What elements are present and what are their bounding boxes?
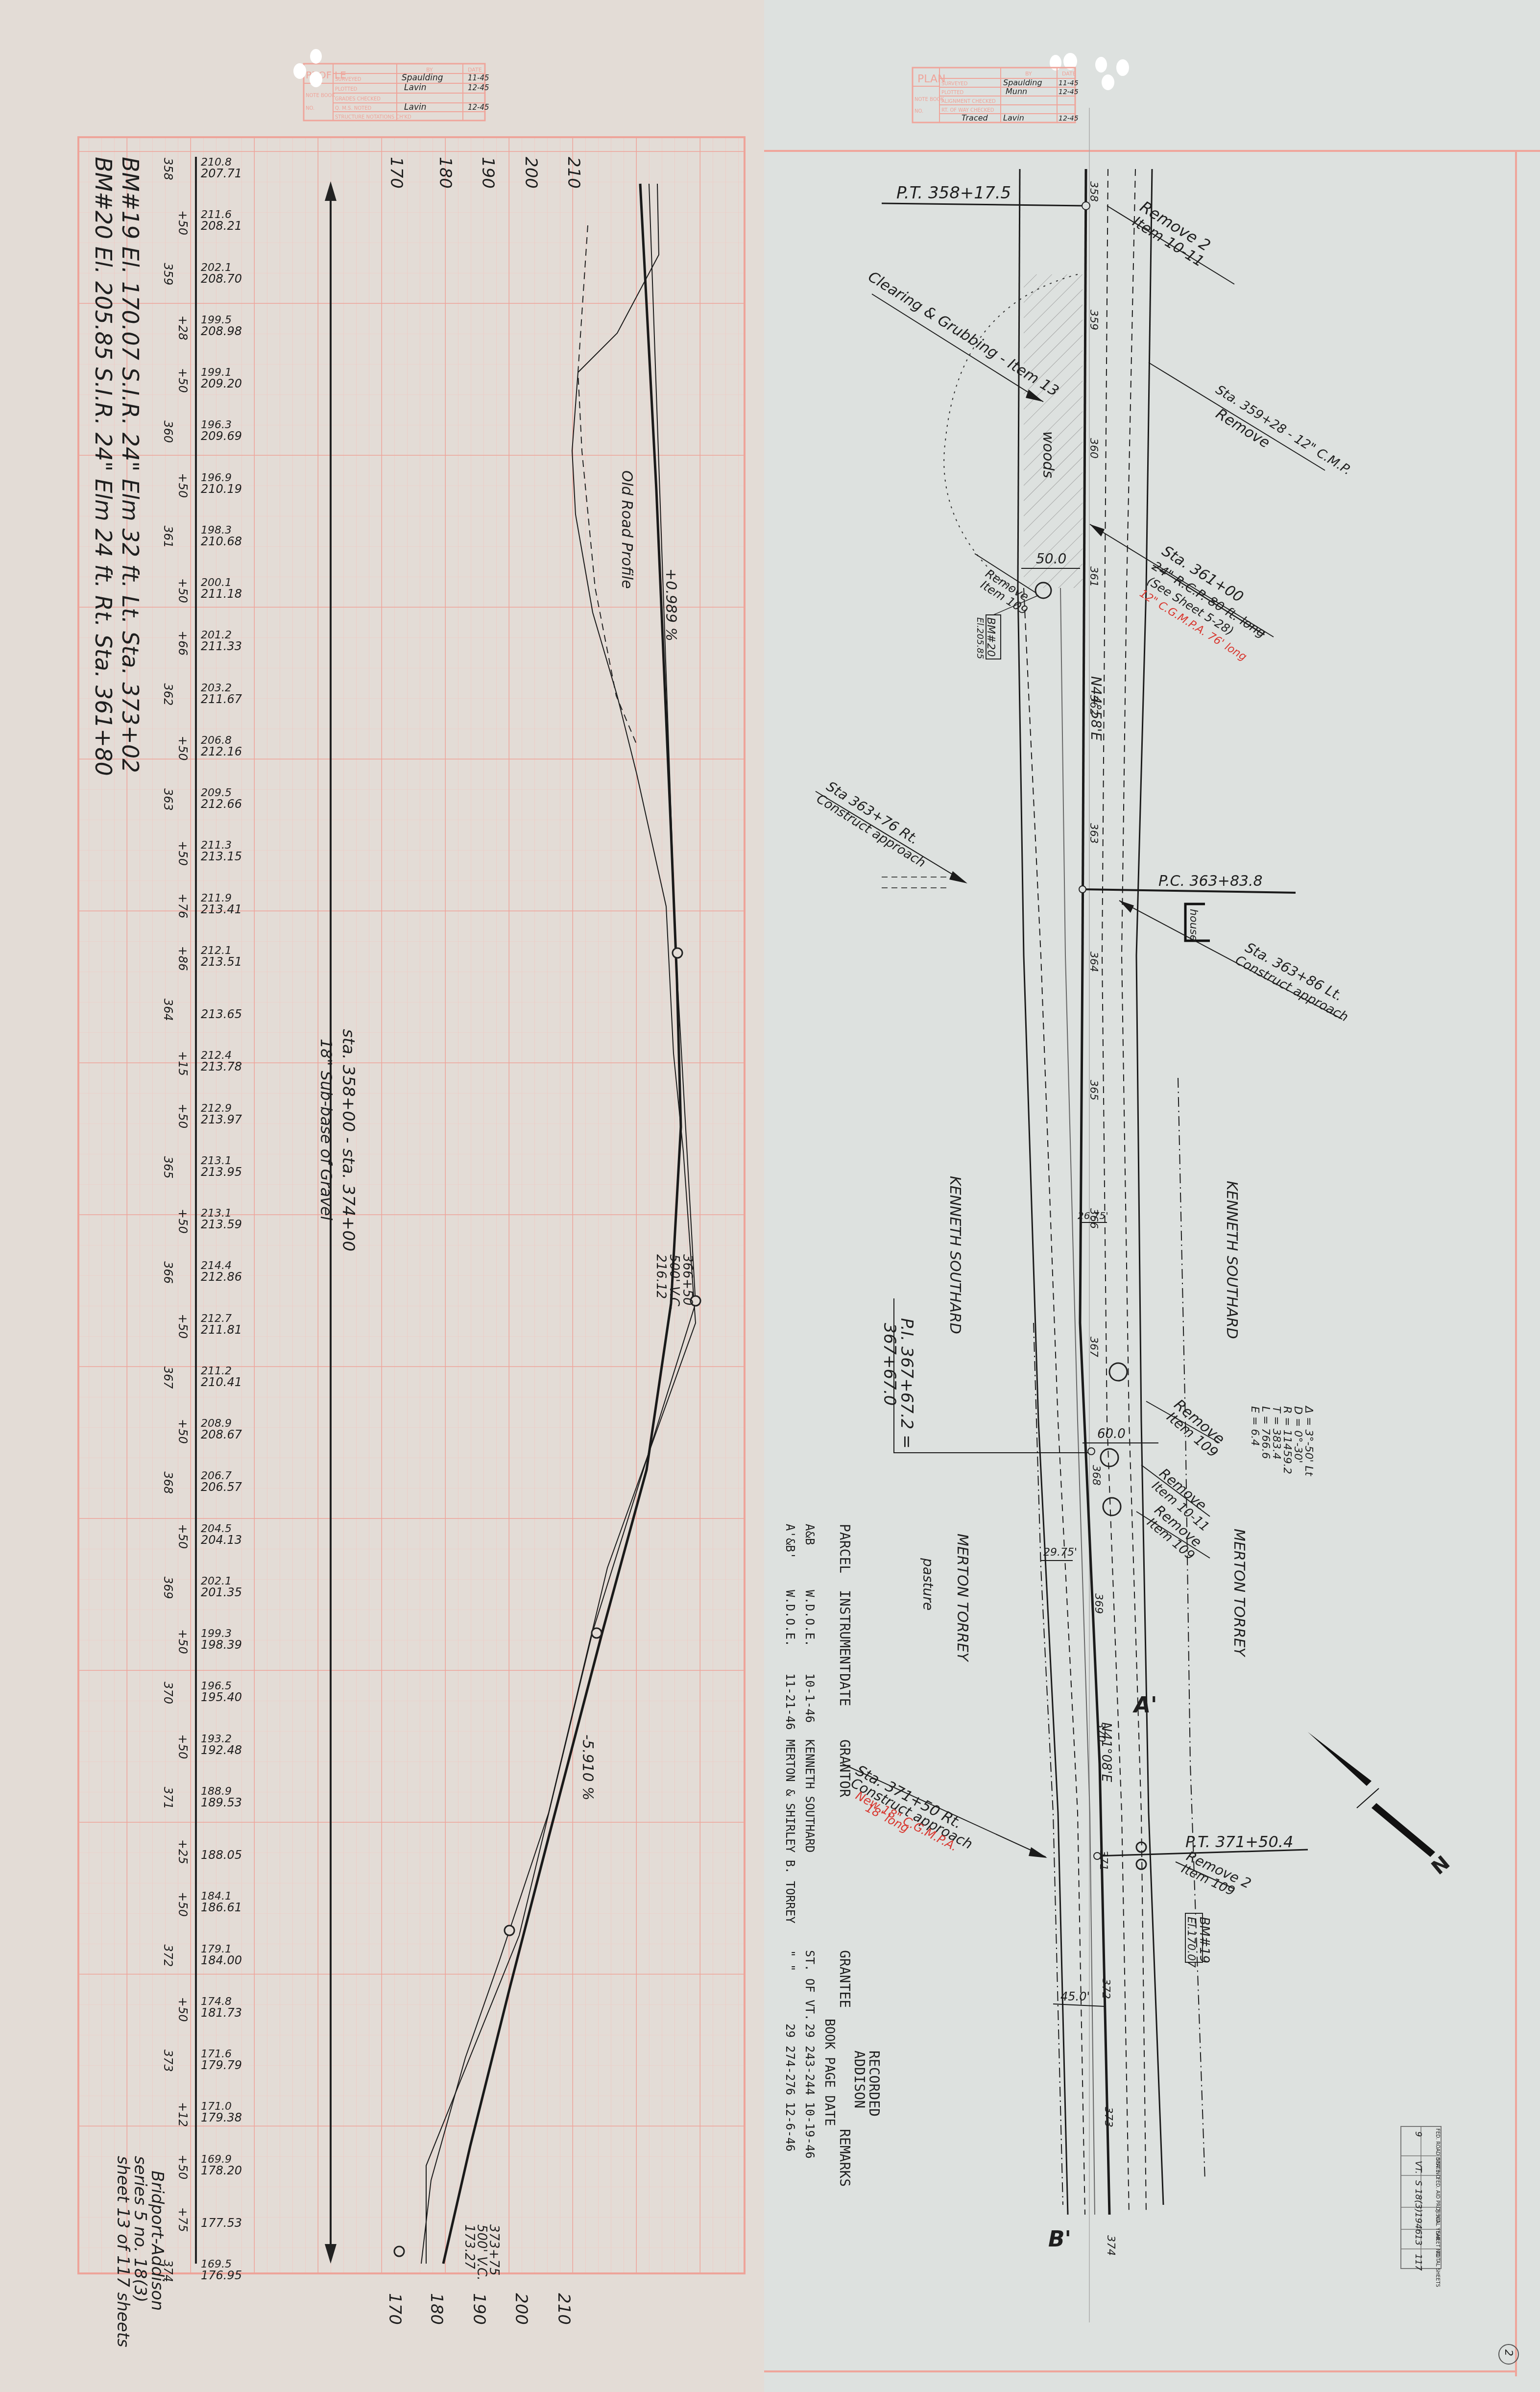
- grade-elev: 211.67: [201, 692, 242, 706]
- grade-elev: 189.53: [201, 1796, 242, 1809]
- plotted-date: 12-45: [468, 83, 489, 92]
- grade-elev: 213.51: [201, 955, 242, 969]
- grade-elev: 206.57: [201, 1480, 242, 1494]
- grade-elev: 195.40: [201, 1690, 242, 1704]
- project-value: 9: [1413, 2131, 1423, 2137]
- table-header: PARCEL: [837, 1524, 853, 1573]
- col-by: BY: [1025, 71, 1032, 77]
- project-name: Bridport-Addison: [147, 2171, 167, 2311]
- project-value: VT.: [1413, 2161, 1423, 2174]
- elev-tick: 210: [554, 2293, 574, 2325]
- elev-tick: 200: [511, 2293, 531, 2325]
- station-tick: +50: [176, 1419, 190, 1444]
- project-value: 1946: [1413, 2212, 1423, 2235]
- project-header: TOTAL SHEETS: [1435, 2250, 1440, 2287]
- row-label: PLOTTED: [941, 90, 963, 96]
- station-tick: +50: [176, 1104, 190, 1129]
- old-road-label: Old Road Profile: [618, 470, 635, 589]
- bm20-note: BM#20 El. 205.85 S.I.R. 24" Elm 24 ft. R…: [90, 157, 117, 776]
- station-tick: +28: [176, 316, 190, 341]
- profile-grid: [78, 137, 745, 2273]
- station-tick: 359: [161, 263, 175, 286]
- plan-station-tick: 369: [1092, 1593, 1105, 1614]
- surveyed-date: 11-45: [468, 73, 489, 82]
- elev-tick: 190: [478, 157, 498, 189]
- station-tick: 358: [161, 158, 175, 180]
- vpi-station: 366+50: [680, 1254, 695, 1306]
- vpi-elev: 216.12: [653, 1254, 668, 1299]
- grade-elev: 184.00: [201, 1953, 242, 1967]
- station-tick: 364: [161, 999, 175, 1021]
- plotted-by: Lavin: [404, 83, 426, 93]
- table-cell: 243-244: [803, 2046, 817, 2095]
- grade-elev: 211.18: [201, 587, 242, 601]
- grade-elev: 207.71: [201, 167, 242, 180]
- grade-elev: 210.41: [201, 1375, 242, 1389]
- station-tick: +86: [176, 946, 190, 971]
- elev-tick: 190: [469, 2293, 489, 2325]
- pt-label: P.T. 371+50.4: [1185, 1832, 1293, 1851]
- bm19-note: BM#19 El. 170.07 S.I.R. 24" Elm 32 ft. L…: [117, 157, 144, 773]
- corner-mark: 2: [1502, 2349, 1515, 2356]
- dimension-2975: 29.75': [1041, 1546, 1077, 1561]
- grade-elev: 211.81: [201, 1323, 242, 1337]
- station-tick: +15: [176, 1051, 190, 1076]
- grade-elev: 208.98: [201, 324, 242, 338]
- elev-tick: 200: [521, 157, 541, 189]
- grade-elev: 201.35: [201, 1586, 242, 1599]
- col-date: DATE: [468, 67, 482, 73]
- project-value: 13: [1413, 2234, 1423, 2246]
- drawing-sheet: PROFILE BY DATE SURVEYED PLOTTED GRADES …: [0, 0, 1540, 2392]
- grade-elev: 212.16: [201, 745, 242, 758]
- owner-label: KENNETH SOUTHARD: [1223, 1181, 1240, 1339]
- traced-label: Traced: [962, 113, 988, 122]
- table-cell: 10-19-46: [803, 2102, 817, 2159]
- station-tick: +25: [176, 1839, 190, 1864]
- project-value: 117: [1413, 2254, 1423, 2271]
- station-tick: +50: [176, 1892, 190, 1917]
- plan-station-tick: 364: [1087, 952, 1100, 972]
- elev-tick: 170: [385, 2293, 405, 2325]
- pi-equation: 367+67.0: [880, 1323, 899, 1406]
- dimension-2675: 26.75': [1078, 1210, 1108, 1222]
- grade-elev: 198.39: [201, 1638, 242, 1652]
- bm-elev: El.170.07: [1185, 1917, 1197, 1968]
- vpi-vc: 500' V.C.: [667, 1254, 681, 1311]
- table-cell: 10-1-46: [803, 1673, 817, 1723]
- grade-elev: 213.95: [201, 1165, 242, 1179]
- pc-label: P.C. 363+83.8: [1158, 873, 1263, 890]
- grade-elev: 213.15: [201, 850, 242, 863]
- series-number: series 5 no. 18(3): [130, 2156, 150, 2302]
- station-tick: 369: [161, 1577, 175, 1599]
- benchmark-notes: BM#19 El. 170.07 S.I.R. 24" Elm 32 ft. L…: [90, 157, 144, 776]
- col-by: BY: [426, 67, 433, 73]
- surveyed-date: 11-45: [1059, 79, 1079, 87]
- station-tick: +50: [176, 210, 190, 235]
- station-tick: +50: [176, 578, 190, 603]
- station-tick: 360: [161, 420, 175, 443]
- grade-elev: 213.78: [201, 1060, 242, 1074]
- station-tick: +50: [176, 368, 190, 393]
- grade-elev: 213.59: [201, 1218, 242, 1231]
- table-cell: " ": [783, 1950, 797, 1971]
- station-tick: +50: [176, 1209, 190, 1234]
- surveyed-by: Spaulding: [1003, 78, 1042, 87]
- pt-label: P.T. 358+17.5: [896, 183, 1011, 203]
- house-label: house: [1187, 909, 1200, 941]
- table-cell: 29: [803, 2024, 817, 2038]
- grade-elev: 211.33: [201, 639, 242, 653]
- bm-number: BM#20: [985, 617, 997, 657]
- grade-elev: 188.05: [201, 1848, 242, 1862]
- table-header: BOOK PAGE DATE: [822, 2019, 837, 2126]
- bm-number: BM#19: [1197, 1917, 1211, 1963]
- table-cell: 29: [783, 2024, 797, 2038]
- grade-down-label: -5.910 %: [579, 1734, 596, 1801]
- table-cell: 11-21-46: [783, 1673, 797, 1730]
- table-header: GRANTOR: [837, 1739, 853, 1797]
- note-book-label: NOTE BOOK: [306, 93, 335, 98]
- row-label: PLOTTED: [335, 87, 357, 92]
- table-cell: A&B: [803, 1524, 817, 1545]
- bearing-label: N41°08'E: [1099, 1722, 1113, 1782]
- section-a-marker: A': [1132, 1693, 1157, 1718]
- station-tick: 363: [161, 788, 175, 811]
- grade-elev: 204.13: [201, 1533, 242, 1547]
- station-tick: +12: [176, 2102, 190, 2127]
- vpi-elev: 173.27: [462, 2224, 477, 2269]
- dim-label: 60.0: [1097, 1427, 1126, 1441]
- row-label: STRUCTURE NOTATIONS CH'KD: [335, 115, 411, 120]
- elev-tick: 180: [427, 2293, 446, 2325]
- plan-station-tick: 367: [1087, 1337, 1100, 1357]
- station-tick: +50: [176, 1524, 190, 1549]
- surveyed-by: Spaulding: [402, 73, 443, 83]
- dim-label: 45.0': [1060, 1990, 1090, 2003]
- plan-station-tick: 359: [1087, 310, 1100, 330]
- dim-label: 29.75': [1043, 1546, 1077, 1559]
- subbase-description: 18" Sub-base of Gravel: [317, 1039, 336, 1220]
- table-cell: 274-276: [783, 2046, 797, 2095]
- elev-tick: 180: [435, 157, 455, 189]
- grade-elev: 212.86: [201, 1270, 242, 1284]
- station-tick: +75: [176, 2207, 190, 2232]
- station-tick: 366: [161, 1261, 175, 1284]
- plan-station-tick: 363: [1087, 823, 1100, 844]
- grade-elev: 209.20: [201, 377, 242, 391]
- row-label: Q. M.S. NOTED: [335, 106, 372, 111]
- dim-label: 50.0: [1036, 551, 1066, 567]
- table-cell: W.D.O.E.: [803, 1590, 817, 1647]
- station-tick: +50: [176, 736, 190, 761]
- grade-up-label: +0.989 %: [662, 568, 679, 641]
- grade-elev: 210.19: [201, 482, 242, 496]
- pasture-label: pasture: [920, 1558, 936, 1611]
- plan-station-tick: 372: [1100, 1978, 1112, 1999]
- grade-elev: 212.66: [201, 797, 242, 811]
- station-tick: 372: [161, 1945, 175, 1967]
- vpi-circle: [394, 2246, 404, 2256]
- grade-elev: 208.67: [201, 1428, 242, 1441]
- grade-elev: 179.38: [201, 2111, 242, 2124]
- pi-station: P.I. 367+67.2 =: [897, 1318, 916, 1449]
- vpi-circle: [673, 948, 682, 958]
- plan-station-tick: 361: [1087, 566, 1100, 587]
- station-tick: 361: [161, 526, 175, 548]
- table-header: DATE: [837, 1673, 853, 1706]
- plan-station-tick: 358: [1087, 181, 1100, 202]
- station-tick: +50: [176, 473, 190, 498]
- vpi-circle: [505, 1926, 514, 1935]
- bm19-box: BM#19 El.170.07: [1185, 1913, 1211, 1968]
- station-tick: +66: [176, 631, 190, 656]
- table-header: GRANTEE: [837, 1950, 853, 2008]
- row-label: RT. OF WAY CHECKED: [941, 108, 994, 113]
- station-tick: +50: [176, 841, 190, 866]
- dim-label: 26.75': [1078, 1210, 1108, 1221]
- plan-station-tick: 365: [1087, 1080, 1100, 1100]
- grade-elev: 181.73: [201, 2006, 242, 2020]
- vpi-circle: [592, 1628, 602, 1638]
- traced-by: Lavin: [1003, 113, 1024, 122]
- table-header: REMARKS: [837, 2129, 853, 2187]
- plan-paper: [764, 0, 1540, 2392]
- plan-station-tick: 373: [1102, 2107, 1114, 2127]
- station-tick: +50: [176, 1629, 190, 1654]
- station-tick: 371: [161, 1787, 175, 1809]
- row-label: SURVEYED: [941, 81, 968, 87]
- row-label: GRADES CHECKED: [335, 97, 381, 102]
- noted-by: Lavin: [404, 102, 426, 112]
- table-cell: A'&B': [783, 1524, 797, 1559]
- plan-station-tick: 374: [1105, 2235, 1117, 2256]
- table-header: RECORDED: [866, 2050, 882, 2117]
- plotted-date: 12-45: [1059, 88, 1079, 96]
- grade-elev: 210.68: [201, 535, 242, 548]
- bearing-label: N44°58'E: [1088, 676, 1104, 741]
- project-header: STATE: [1435, 2158, 1440, 2172]
- no-label: NO.: [914, 109, 923, 114]
- station-tick: +76: [176, 894, 190, 919]
- grade-elev: 213.97: [201, 1113, 242, 1126]
- station-tick: 373: [161, 2050, 175, 2072]
- table-cell: MERTON & SHIRLEY B. TORREY: [783, 1739, 797, 1924]
- grade-elev: 186.61: [201, 1901, 242, 1914]
- woods-label: woods: [1039, 431, 1057, 478]
- table-cell: W.D.O.E.: [783, 1590, 797, 1647]
- station-tick: +50: [176, 2155, 190, 2180]
- traced-date: 12-45: [1059, 115, 1079, 122]
- grade-elev: 178.20: [201, 2164, 242, 2177]
- station-tick: 368: [161, 1471, 175, 1494]
- section-b-marker: B': [1048, 2227, 1071, 2252]
- table-header: ADDISON: [851, 2050, 867, 2108]
- grade-elev: 179.79: [201, 2058, 242, 2072]
- grade-elev: 177.53: [201, 2216, 242, 2230]
- row-label: ALIGNMENT CHECKED: [941, 99, 996, 104]
- plan-station-tick: 360: [1087, 438, 1100, 459]
- curve-element: E = 6.4: [1249, 1406, 1261, 1446]
- owner-label: KENNETH SOUTHARD: [946, 1176, 963, 1334]
- station-tick: +50: [176, 1314, 190, 1339]
- grade-elev: 208.70: [201, 272, 242, 286]
- no-label: NO.: [306, 106, 314, 111]
- noted-date: 12-45: [468, 103, 489, 112]
- col-date: DATE: [1062, 71, 1076, 77]
- station-tick: +50: [176, 1734, 190, 1759]
- owner-label: MERTON TORREY: [1230, 1529, 1248, 1658]
- note-book-label: NOTE BOOK: [914, 97, 944, 102]
- bm-elev: El.205.85: [975, 617, 985, 659]
- station-tick: 367: [161, 1367, 175, 1390]
- elev-tick: 210: [564, 157, 583, 189]
- grade-elev: 213.65: [201, 1007, 242, 1021]
- grade-elev: 213.41: [201, 903, 242, 916]
- subbase-station-range: sta. 358+00 - sta. 374+00: [338, 1029, 358, 1251]
- grade-elev: 209.69: [201, 429, 242, 443]
- sheet-number: sheet 13 of 117 sheets: [113, 2156, 133, 2347]
- project-value: S 18(3): [1413, 2180, 1423, 2213]
- table-cell: ST. OF VT.: [803, 1950, 817, 2021]
- station-tick: +50: [176, 1997, 190, 2022]
- elev-tick: 170: [386, 157, 406, 189]
- grade-elev: 208.21: [201, 219, 242, 233]
- grade-elev: 176.95: [201, 2269, 242, 2282]
- station-tick: 365: [161, 1156, 175, 1179]
- owner-label: MERTON TORREY: [954, 1534, 971, 1662]
- plotted-by: Munn: [1006, 87, 1027, 96]
- station-tick: 370: [161, 1682, 175, 1704]
- row-label: SURVEYED: [335, 77, 361, 82]
- table-cell: KENNETH SOUTHARD: [803, 1739, 817, 1853]
- table-header: INSTRUMENT: [837, 1590, 853, 1673]
- grade-elev: 192.48: [201, 1743, 242, 1757]
- plan-station-tick: 368: [1090, 1465, 1102, 1486]
- station-tick: 362: [161, 683, 175, 706]
- plan-profile-drawing: PROFILE BY DATE SURVEYED PLOTTED GRADES …: [0, 0, 1540, 2392]
- table-cell: 12-6-46: [783, 2102, 797, 2151]
